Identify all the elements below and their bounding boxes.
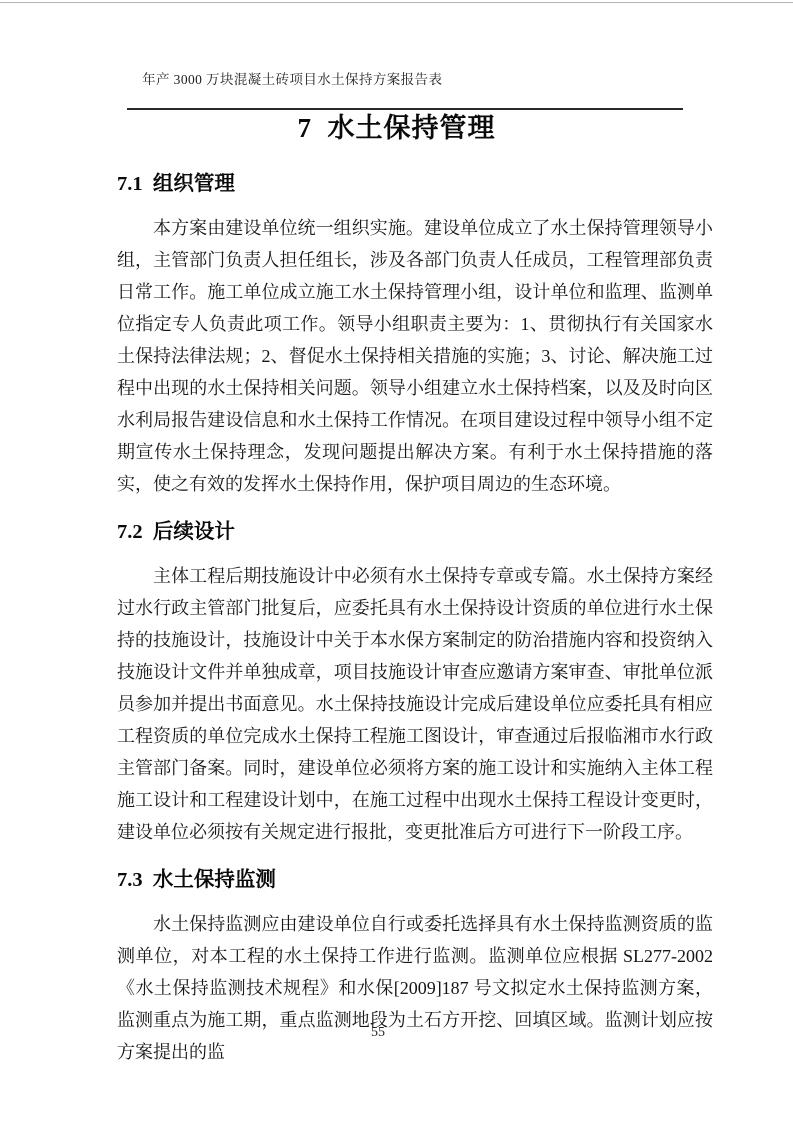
page-top-edge-line: [0, 2, 793, 3]
section-7-3-paragraph: 水土保持监测应由建设单位自行或委托选择具有水土保持监测资质的监测单位，对本工程的…: [117, 908, 713, 1068]
section-heading-7-2: 7.2 后续设计: [117, 518, 713, 546]
section-heading-7-1: 7.1 组织管理: [117, 170, 713, 198]
section-7-1-paragraph: 本方案由建设单位统一组织实施。建设单位成立了水土保持管理领导小组，主管部门负责人…: [117, 212, 713, 500]
section-7-2-paragraph: 主体工程后期技施设计中必须有水土保持专章或专篇。水土保持方案经过水行政主管部门批…: [117, 560, 713, 848]
running-header-text: 年产 3000 万块混凝土砖项目水土保持方案报告表: [142, 72, 442, 87]
document-page: 年产 3000 万块混凝土砖项目水土保持方案报告表 7 水土保持管理 7.1 组…: [0, 0, 793, 1122]
section-heading-7-3: 7.3 水土保持监测: [117, 866, 713, 894]
page-number: 55: [0, 1025, 756, 1041]
running-header: 年产 3000 万块混凝土砖项目水土保持方案报告表: [127, 54, 683, 110]
chapter-title: 7 水土保持管理: [0, 106, 793, 145]
document-body: 7.1 组织管理 本方案由建设单位统一组织实施。建设单位成立了水土保持管理领导小…: [117, 170, 713, 1080]
